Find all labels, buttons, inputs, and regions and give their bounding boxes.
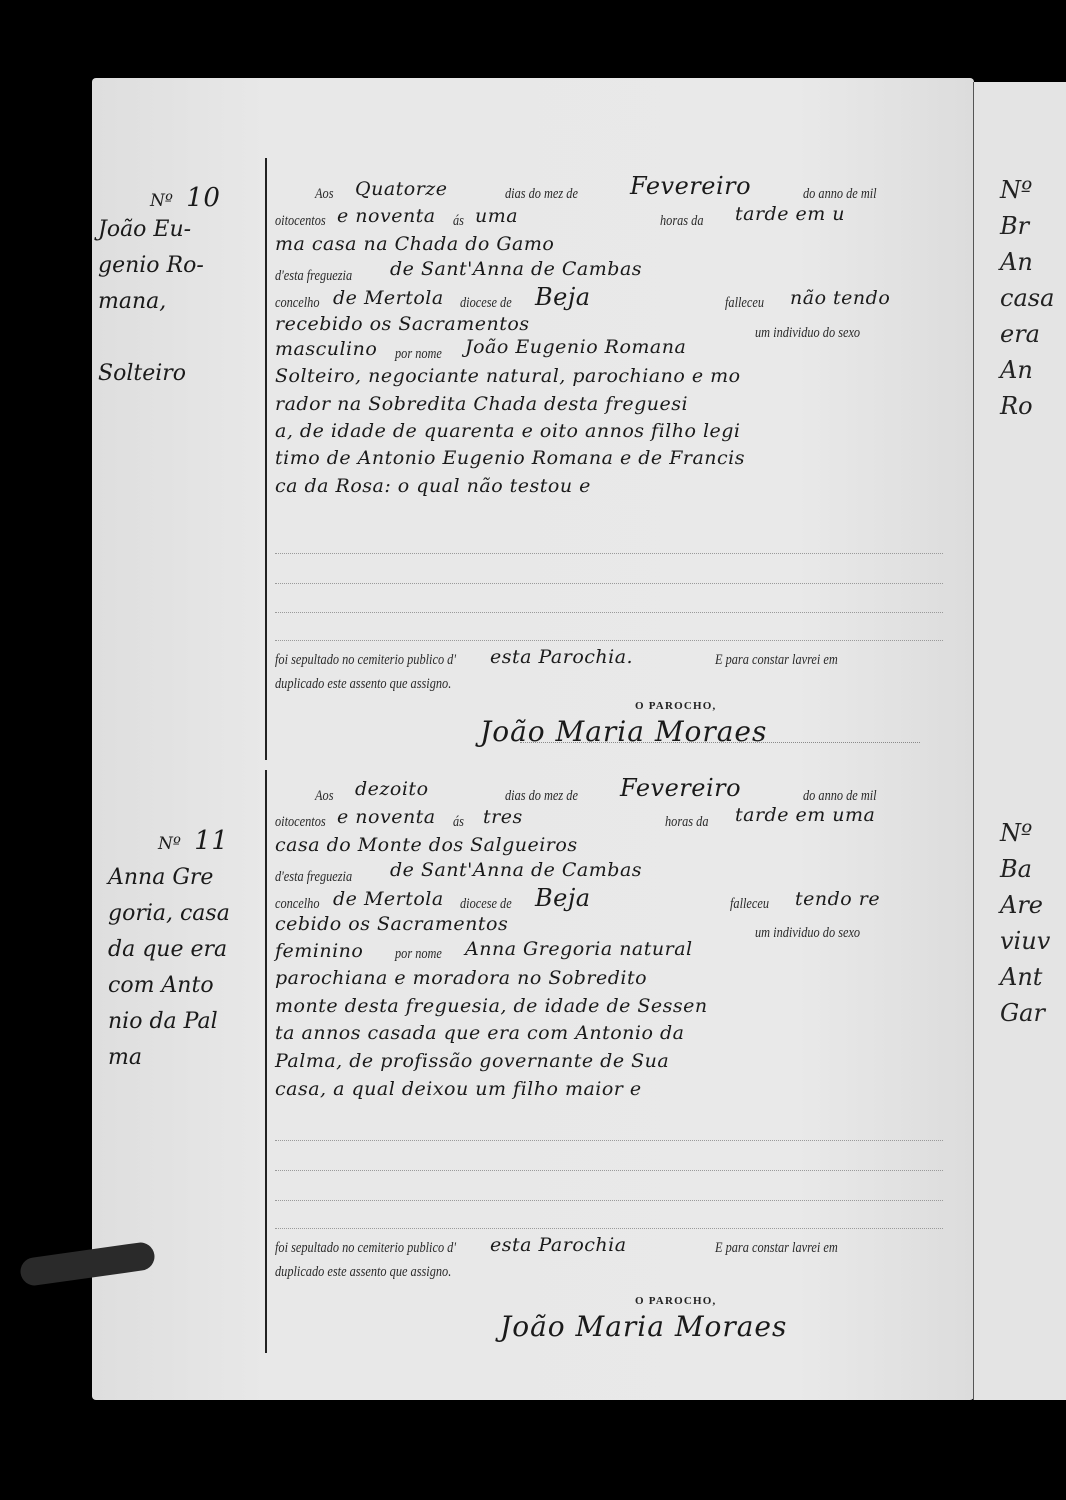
handwritten-text: Palma, de profissão governante de Sua [275,1050,669,1072]
entry-number-label: Nº 10 [150,183,220,213]
handwritten-text: tendo re [795,888,880,910]
printed-text: oitocentos [275,213,326,230]
printed-text: do anno de mil [803,186,877,203]
entry-number: 10 [186,183,220,213]
handwritten-text: parochiana e moradora no Sobredito [275,967,647,989]
printed-text: duplicado este assento que assigno. [275,1264,451,1281]
handwritten-month: Fevereiro [630,172,751,200]
priest-signature: João Maria Moraes [500,1310,787,1343]
entry-number: 11 [194,826,228,856]
handwritten-text: Solteiro, negociante natural, parochiano… [275,365,741,387]
handwritten-parish: de Sant'Anna de Cambas [390,859,642,881]
handwritten-parish: de Sant'Anna de Cambas [390,258,642,280]
handwritten-concelho: de Mertola [333,888,444,910]
parocho-label: O PAROCHO, [635,700,716,712]
margin-note: Anna Gre goria, casa da que era com Anto… [108,860,230,1076]
handwritten-text: monte desta freguesia, de idade de Sesse… [275,995,708,1017]
printed-text: ás [453,814,464,831]
signature-line [520,742,920,743]
printed-text: d'esta freguezia [275,268,352,285]
printed-text: horas da [660,213,703,230]
printed-text: do anno de mil [803,788,877,805]
handwritten-hour: uma [475,205,518,227]
handwritten-text: rador na Sobredita Chada desta freguesi [275,393,688,415]
handwritten-year: e noventa [337,806,436,828]
handwritten-sex: masculino [275,338,377,360]
handwritten-text: ca da Rosa: o qual não testou e [275,475,591,497]
printed-text: por nome [395,946,442,963]
printed-text: duplicado este assento que assigno. [275,676,451,693]
printed-text: Aos [315,788,333,805]
printed-text: Aos [315,186,333,203]
handwritten-text: casa, a qual deixou um filho maior e [275,1078,642,1100]
entry-line-12: ca da Rosa: o qual não testou e [275,475,943,507]
entry-number-label: Nº 11 [158,826,228,856]
handwritten-diocese: Beja [535,283,591,311]
printed-text: dias do mez de [505,186,578,203]
number-prefix: Nº [150,191,173,211]
number-prefix: Nº [158,834,181,854]
ruled-line [275,583,943,584]
facing-page-margin-note-top: Nº Br An casa era An Ro [1000,172,1054,424]
handwritten-text: tarde em u [735,203,845,225]
closing-line-2: duplicado este assento que assigno. [275,672,943,704]
handwritten-text: cebido os Sacramentos [275,913,508,935]
printed-text: dias do mez de [505,788,578,805]
printed-text: diocese de [460,295,512,312]
handwritten-month: Fevereiro [620,774,741,802]
printed-text: horas da [665,814,708,831]
handwritten-burial-place: esta Parochia [490,1234,627,1256]
ruled-line [275,612,943,613]
priest-signature: João Maria Moraes [480,715,767,748]
margin-rule-bottom [265,770,267,1353]
printed-text: falleceu [725,295,764,312]
printed-text: concelho [275,295,319,312]
printed-text: foi sepultado no cemiterio publico d' [275,1240,456,1257]
handwritten-place: ma casa na Chada do Gamo [275,233,554,255]
printed-text: por nome [395,346,442,363]
handwritten-text: timo de Antonio Eugenio Romana e de Fran… [275,447,745,469]
ruled-line [275,1170,943,1171]
printed-text: falleceu [730,896,769,913]
handwritten-day: Quatorze [355,178,448,200]
margin-note: João Eu- genio Ro- mana, Solteiro [98,212,204,392]
handwritten-concelho: de Mertola [333,287,444,309]
ruled-line [275,1228,943,1229]
printed-text: E para constar lavrei em [715,652,838,669]
handwritten-diocese: Beja [535,884,591,912]
printed-text: foi sepultado no cemiterio publico d' [275,652,456,669]
ruled-line [275,553,943,554]
ruled-line [275,1140,943,1141]
handwritten-name: Anna Gregoria natural [465,938,693,960]
printed-text: d'esta freguezia [275,869,352,886]
entry-line-12: casa, a qual deixou um filho maior e [275,1078,943,1110]
printed-text: ás [453,213,464,230]
closing-line-2: duplicado este assento que assigno. [275,1260,943,1292]
handwritten-text: a, de idade de quarenta e oito annos fil… [275,420,741,442]
handwritten-day: dezoito [355,778,429,800]
handwritten-hour: tres [483,806,523,828]
handwritten-text: tarde em uma [735,804,875,826]
margin-rule-top [265,158,267,760]
handwritten-burial-place: esta Parochia. [490,646,633,668]
handwritten-text: recebido os Sacramentos [275,313,530,335]
handwritten-place: casa do Monte dos Salgueiros [275,834,578,856]
ruled-line [275,640,943,641]
handwritten-sex: feminino [275,940,363,962]
ruled-line [275,1200,943,1201]
printed-text: oitocentos [275,814,326,831]
printed-text: diocese de [460,896,512,913]
parocho-label: O PAROCHO, [635,1295,716,1307]
handwritten-name: João Eugenio Romana [465,336,686,358]
handwritten-text: ta annos casada que era com Antonio da [275,1022,684,1044]
facing-page-margin-note-bottom: Nº Ba Are viuv Ant Gar [1000,815,1050,1031]
handwritten-text: não tendo [790,287,890,309]
handwritten-year: e noventa [337,205,436,227]
printed-text: concelho [275,896,319,913]
printed-text: E para constar lavrei em [715,1240,838,1257]
